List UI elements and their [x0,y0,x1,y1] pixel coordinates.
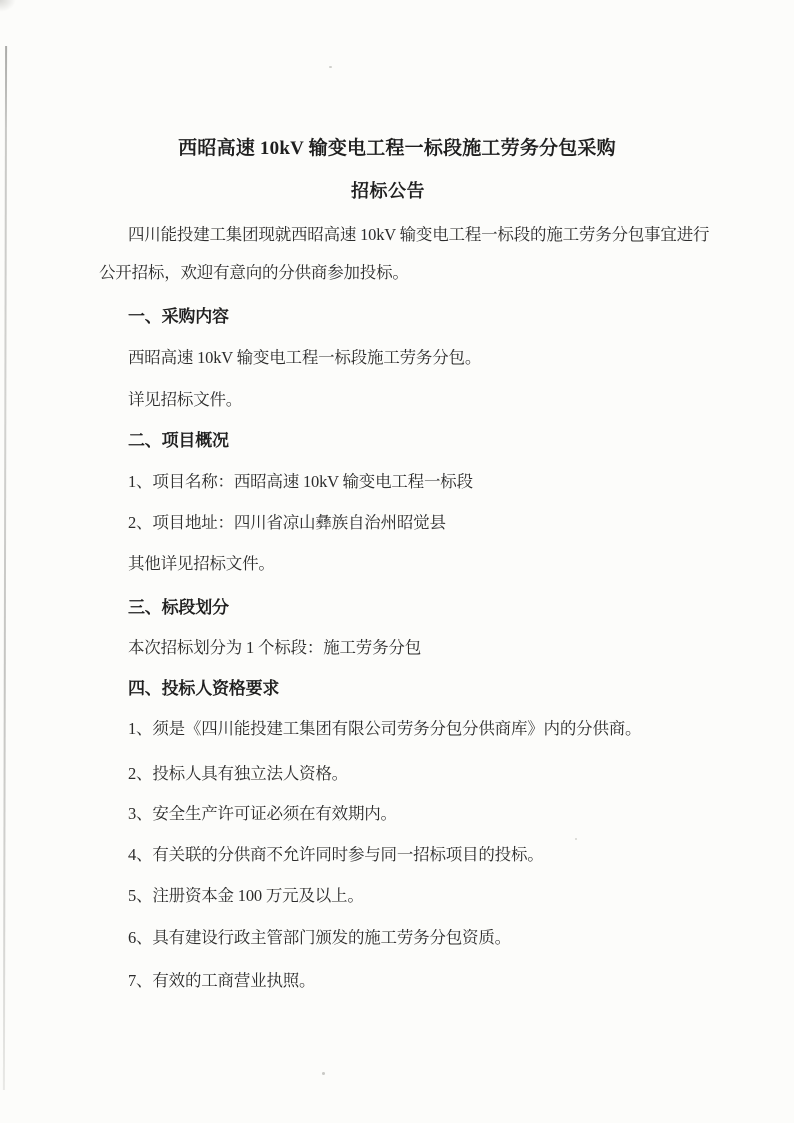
intro-line-2: 公开招标，欢迎有意向的分供商参加投标。 [99,262,409,283]
section-1-heading: 一、采购内容 [99,306,229,327]
section-4-item-2: 2、投标人具有独立法人资格。 [99,763,348,784]
scanned-document-page: 西昭高速 10kV 输变电工程一标段施工劳务分包采购 招标公告 四川能投建工集团… [0,0,794,1123]
section-2-note: 其他详见招标文件。 [99,553,275,574]
section-4-item-6: 6、具有建设行政主管部门颁发的施工劳务分包资质。 [99,927,511,948]
scan-speck [575,838,577,840]
doc-subtitle: 招标公告 [0,181,785,202]
section-3-line-1: 本次招标划分为 1 个标段：施工劳务分包 [99,637,421,658]
scan-speck [329,66,332,68]
section-4-item-4: 4、有关联的分供商不允许同时参与同一招标项目的投标。 [99,844,544,865]
section-2-item-1: 1、项目名称：西昭高速 10kV 输变电工程一标段 [99,471,473,492]
section-1-line-1: 西昭高速 10kV 输变电工程一标段施工劳务分包。 [99,347,481,368]
section-1-line-2: 详见招标文件。 [99,389,242,410]
section-4-heading: 四、投标人资格要求 [99,678,279,699]
scan-speck [322,1072,325,1075]
section-2-heading: 二、项目概况 [99,430,229,451]
doc-title: 西昭高速 10kV 输变电工程一标段施工劳务分包采购 [0,138,794,159]
scan-edge-hairline [3,46,7,1090]
section-2-item-2: 2、项目地址：四川省凉山彝族自治州昭觉县 [99,512,446,533]
section-4-item-7: 7、有效的工商营业执照。 [99,970,315,991]
section-4-item-1: 1、须是《四川能投建工集团有限公司劳务分包分供商库》内的分供商。 [99,718,641,739]
section-3-heading: 三、标段划分 [99,597,229,618]
section-4-item-3: 3、安全生产许可证必须在有效期内。 [99,803,397,824]
scan-corner-smudge [0,0,16,12]
section-4-item-5: 5、注册资本金 100 万元及以上。 [99,885,364,906]
intro-line-1: 四川能投建工集团现就西昭高速 10kV 输变电工程一标段的施工劳务分包事宜进行 [99,224,709,245]
